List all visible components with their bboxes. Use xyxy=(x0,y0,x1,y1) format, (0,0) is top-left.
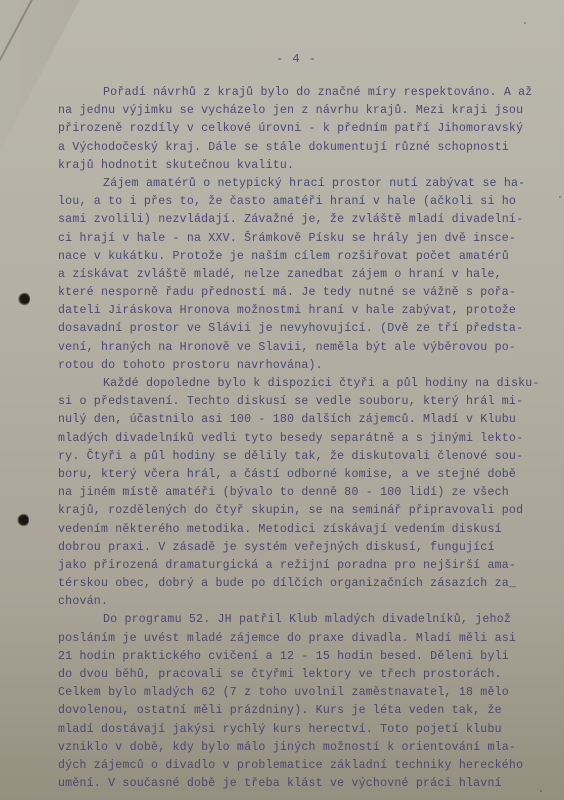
text-line: sami zvolili) nezvládají. Závažné je, že… xyxy=(58,211,558,229)
text-line: Celkem bylo mladých 62 (7 z toho uvolnil… xyxy=(58,684,558,702)
text-line: krajů hodnotit skutečnou kvalitu. xyxy=(58,157,558,175)
text-line: na jednu výjimku se vycházelo jen z návr… xyxy=(58,102,558,120)
text-line: a Východočeský kraj. Dále se stále dokum… xyxy=(58,139,558,157)
text-line: dých zájemců o divadlo v problematice zá… xyxy=(58,757,558,775)
text-line: umění. V současné době je třeba klást ve… xyxy=(58,775,558,793)
text-line: Zájem amatérů o netypický hrací prostor … xyxy=(58,175,558,193)
text-line: chován. xyxy=(58,593,558,611)
text-line: Do programu 52. JH patřil Klub mladých d… xyxy=(58,611,558,629)
text-line: posláním je uvést mladé zájemce do praxe… xyxy=(58,630,558,648)
text-line: 21 hodin praktického cvičení a 12 - 15 h… xyxy=(58,648,558,666)
text-line: nace v kukátku. Protože je naším cílem r… xyxy=(58,248,558,266)
text-line: a získávat zvláště mladé, nelze zanedbat… xyxy=(58,266,558,284)
punch-hole-top xyxy=(18,292,30,306)
text-line: Každé dopoledne bylo k dispozici čtyři a… xyxy=(58,375,558,393)
text-line: vedením některého metodika. Metodici zís… xyxy=(58,521,558,539)
text-line: dosavadní prostor ve Slávii je nevyhovuj… xyxy=(58,320,558,338)
paragraph-discussions: Každé dopoledne bylo k dispozici čtyři a… xyxy=(58,375,558,611)
text-line: mladí dostávají jakýsi rychlý kurs herec… xyxy=(58,721,558,739)
punch-hole-bottom xyxy=(17,513,29,527)
paper-speck xyxy=(559,196,561,198)
text-line: vení, hraných na Hronově ve Slavii, nemě… xyxy=(58,339,558,357)
text-line: jako přirozená dramaturgická a režijní p… xyxy=(58,557,558,575)
typewritten-body: Pořadí návrhů z krajů bylo do značné mír… xyxy=(58,84,558,793)
text-line: ci hrají v hale - na XXV. Šrámkově Písku… xyxy=(58,230,558,248)
text-line: krajů, rozdělených do čtyř skupin, se na… xyxy=(58,502,558,520)
text-line: na jiném místě amatéři (bývalo to denně … xyxy=(58,484,558,502)
text-line: boru, který včera hrál, a částí odborné … xyxy=(58,466,558,484)
paragraph-regional-proposals: Pořadí návrhů z krajů bylo do značné mír… xyxy=(58,84,558,175)
text-line: Pořadí návrhů z krajů bylo do značné mír… xyxy=(58,84,558,102)
paragraph-hall-performances: Zájem amatérů o netypický hrací prostor … xyxy=(58,175,558,375)
text-line: které nesporně řadu předností má. Je ted… xyxy=(58,284,558,302)
text-line: dovolenou, ostatní měli prázdniny). Kurs… xyxy=(58,702,558,720)
text-line: přirozeně rozdíly v celkové úrovni - k p… xyxy=(58,120,558,138)
text-line: do dvou běhů, pracovali se čtyřmi lektor… xyxy=(58,666,558,684)
page-number: - 4 - xyxy=(276,52,317,66)
text-line: vzniklo v době, kdy bylo málo jiných mož… xyxy=(58,739,558,757)
text-line: térskou obec, dobrý a bude po dílčích or… xyxy=(58,575,558,593)
paper-speck xyxy=(524,22,526,24)
text-line: si o představení. Techto diskusí se vedl… xyxy=(58,393,558,411)
text-line: nulý den, účastnilo asi 100 - 180 dalšíc… xyxy=(58,411,558,429)
text-line: mladých divadelníků vedli tyto besedy se… xyxy=(58,430,558,448)
text-line: ry. Čtyři a půl hodiny se dělily tak, že… xyxy=(58,448,558,466)
paragraph-young-theatre-club: Do programu 52. JH patřil Klub mladých d… xyxy=(58,611,558,793)
text-line: rotou do tohoto prostoru navrhována). xyxy=(58,357,558,375)
text-line: lou, a to i přes to, že často amatéři hr… xyxy=(58,193,558,211)
text-line: dateli Jiráskova Hronova možnostmi hraní… xyxy=(58,302,558,320)
text-line: dobrou praxi. V zásadě je systém veřejný… xyxy=(58,539,558,557)
